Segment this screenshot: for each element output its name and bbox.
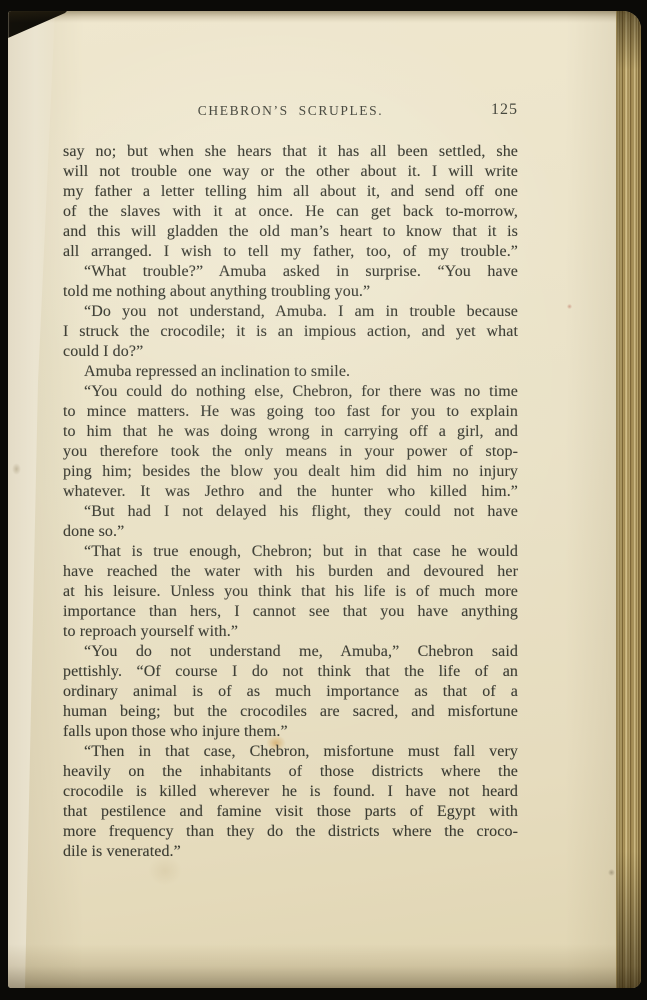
- text-line: say no; but when she hears that it has a…: [63, 142, 518, 162]
- text-line: my father a letter telling him all about…: [63, 182, 518, 202]
- paragraph: “Then in that case, Chebron, misfortune …: [63, 742, 518, 862]
- text-line: falls upon those who injure them.”: [63, 722, 518, 742]
- text-line: “What trouble?” Amuba asked in surprise.…: [63, 262, 518, 282]
- text-line: ping him; besides the blow you dealt him…: [63, 462, 518, 482]
- text-line: at his leisure. Unless you think that hi…: [63, 582, 518, 602]
- chapter-header-title: CHEBRON’S SCRUPLES.: [63, 103, 518, 119]
- text-line: will not trouble one way or the other ab…: [63, 162, 518, 182]
- book-page: CHEBRON’S SCRUPLES. 125 say no; but when…: [8, 11, 641, 988]
- text-line: to mince matters. He was going too fast …: [63, 402, 518, 422]
- text-line: you therefore took the only means in you…: [63, 442, 518, 462]
- text-line: done so.”: [63, 522, 518, 542]
- paragraph: say no; but when she hears that it has a…: [63, 142, 518, 262]
- text-line: “Then in that case, Chebron, misfortune …: [63, 742, 518, 762]
- text-line: “You do not understand me, Amuba,” Chebr…: [63, 642, 518, 662]
- paragraph: “Do you not understand, Amuba. I am in t…: [63, 302, 518, 362]
- paragraph: “But had I not delayed his flight, they …: [63, 502, 518, 542]
- text-line: all arranged. I wish to tell my father, …: [63, 242, 518, 262]
- text-line: could I do?”: [63, 342, 518, 362]
- text-line: have reached the water with his burden a…: [63, 562, 518, 582]
- text-line: crocodile is killed wherever he is found…: [63, 782, 518, 802]
- text-line: of the slaves with it at once. He can ge…: [63, 202, 518, 222]
- text-line: to reproach yourself with.”: [63, 622, 518, 642]
- paragraph: Amuba repressed an inclination to smile.: [63, 362, 518, 382]
- page-number: 125: [491, 101, 518, 119]
- text-line: ordinary animal is of as much importance…: [63, 682, 518, 702]
- text-line: importance than hers, I cannot see that …: [63, 602, 518, 622]
- running-header: CHEBRON’S SCRUPLES. 125: [63, 11, 518, 121]
- paragraph: “That is true enough, Chebron; but in th…: [63, 542, 518, 642]
- paragraph: “You could do nothing else, Chebron, for…: [63, 382, 518, 502]
- text-line: more frequency than they do the district…: [63, 822, 518, 842]
- body-text: say no; but when she hears that it has a…: [63, 142, 518, 862]
- scanned-book-photo: { "document": { "header": { "title": "CH…: [0, 0, 647, 1000]
- text-line: I struck the crocodile; it is an impious…: [63, 322, 518, 342]
- text-column: CHEBRON’S SCRUPLES. 125 say no; but when…: [63, 11, 518, 862]
- text-line: to him that he was doing wrong in carryi…: [63, 422, 518, 442]
- text-line: and this will gladden the old man’s hear…: [63, 222, 518, 242]
- text-line: human being; but the crocodiles are sacr…: [63, 702, 518, 722]
- stain-spot: [608, 869, 615, 876]
- text-line: dile is venerated.”: [63, 842, 518, 862]
- bottom-edge-shadow: [8, 944, 641, 988]
- text-line: told me nothing about anything troubling…: [63, 282, 518, 302]
- text-line: that pestilence and famine visit those p…: [63, 802, 518, 822]
- text-line: “That is true enough, Chebron; but in th…: [63, 542, 518, 562]
- stain-spot: [567, 304, 572, 309]
- text-line: heavily on the inhabitants of those dist…: [63, 762, 518, 782]
- text-line: pettishly. “Of course I do not think tha…: [63, 662, 518, 682]
- text-line: “You could do nothing else, Chebron, for…: [63, 382, 518, 402]
- text-line: Amuba repressed an inclination to smile.: [63, 362, 518, 382]
- text-line: whatever. It was Jethro and the hunter w…: [63, 482, 518, 502]
- paragraph: “You do not understand me, Amuba,” Chebr…: [63, 642, 518, 742]
- page-stack-edge: [616, 11, 641, 988]
- paragraph: “What trouble?” Amuba asked in surprise.…: [63, 262, 518, 302]
- underpage-edge: [8, 11, 58, 988]
- text-line: “Do you not understand, Amuba. I am in t…: [63, 302, 518, 322]
- text-line: “But had I not delayed his flight, they …: [63, 502, 518, 522]
